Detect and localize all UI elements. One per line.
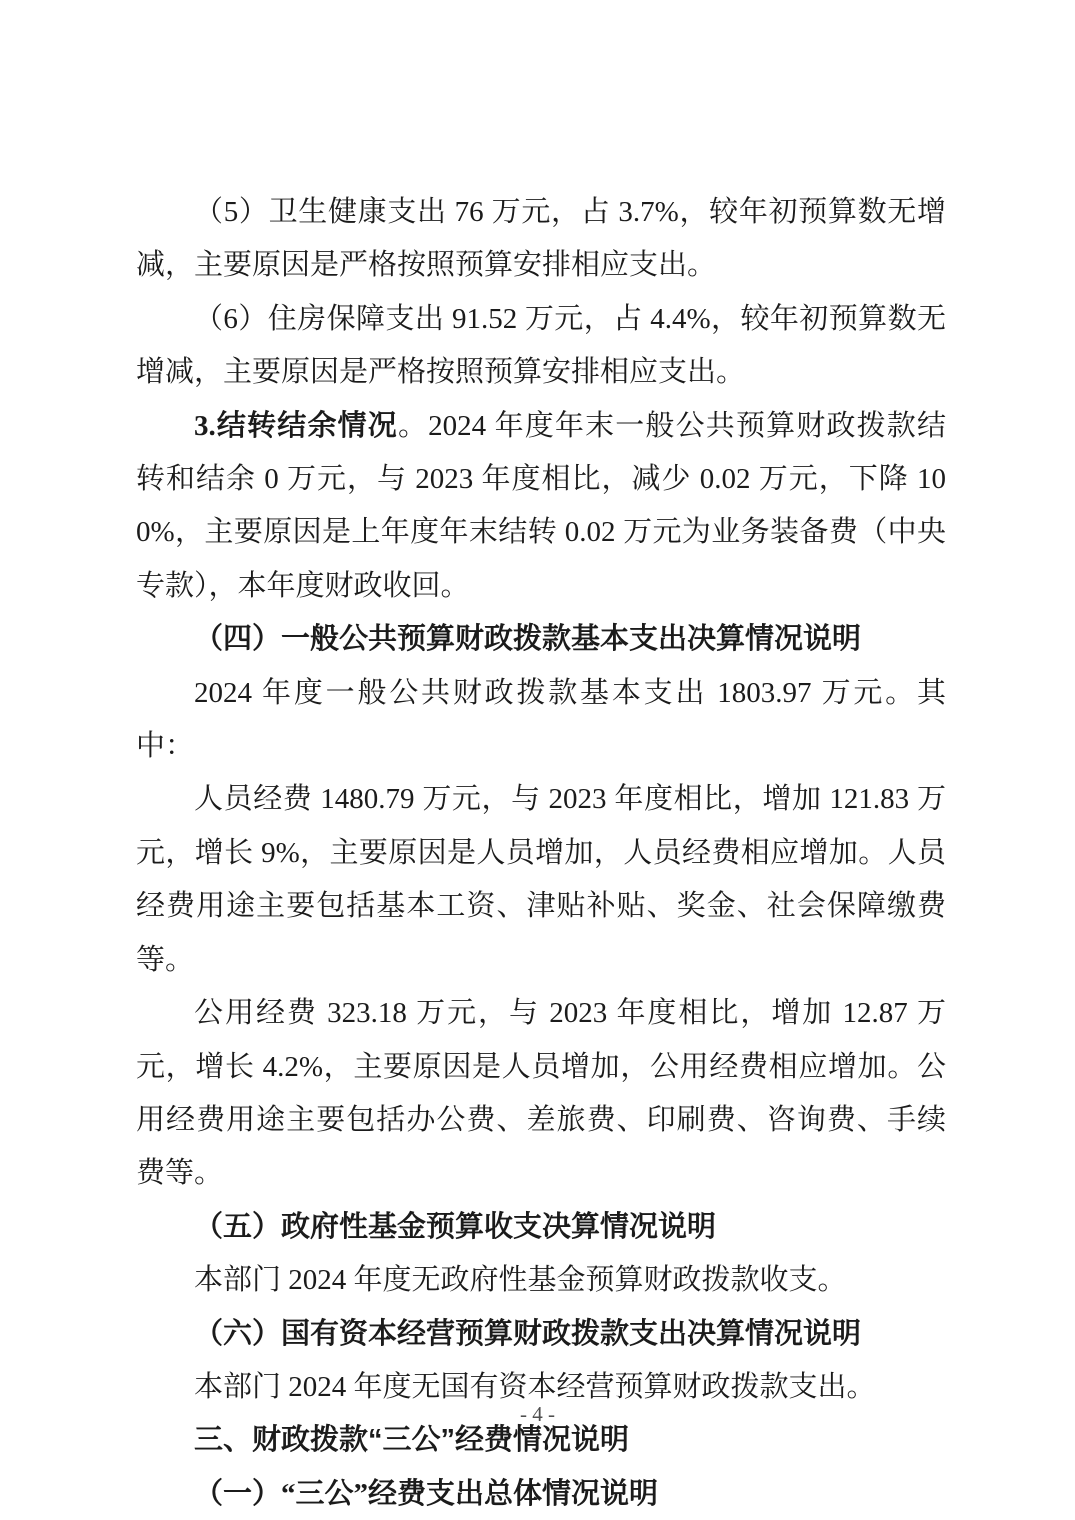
- paragraph-public-funds: 公用经费 323.18 万元，与 2023 年度相比，增加 12.87 万元，增…: [136, 987, 946, 1201]
- paragraph-no-government-funds: 本部门 2024 年度无政府性基金预算财政拨款收支。: [136, 1254, 946, 1307]
- heading-section-6-state-capital: （六）国有资本经营预算财政拨款支出决算情况说明: [136, 1308, 946, 1361]
- document-body: （5）卫生健康支出 76 万元，占 3.7%，较年初预算数无增减，主要原因是严格…: [136, 186, 946, 1520]
- paragraph-carryover-lead: 3.结转结余情况: [194, 410, 398, 442]
- paragraph-housing-expense: （6）住房保障支出 91.52 万元，占 4.4%，较年初预算数无增减，主要原因…: [136, 293, 946, 400]
- heading-section-1-three-public-overview: （一）“三公”经费支出总体情况说明: [136, 1468, 946, 1520]
- paragraph-personnel-funds: 人员经费 1480.79 万元，与 2023 年度相比，增加 121.83 万元…: [136, 773, 946, 987]
- paragraph-carryover-balance: 3.结转结余情况。2024 年度年末一般公共预算财政拨款结转和结余 0 万元，与…: [136, 400, 946, 614]
- document-page: （5）卫生健康支出 76 万元，占 3.7%，较年初预算数无增减，主要原因是严格…: [0, 0, 1075, 1520]
- page-number: - 4 -: [0, 1402, 1075, 1427]
- heading-section-5-government-funds: （五）政府性基金预算收支决算情况说明: [136, 1201, 946, 1254]
- paragraph-basic-expenditure-total: 2024 年度一般公共财政拨款基本支出 1803.97 万元。其中：: [136, 667, 946, 774]
- paragraph-health-expense: （5）卫生健康支出 76 万元，占 3.7%，较年初预算数无增减，主要原因是严格…: [136, 186, 946, 293]
- heading-section-4-basic-expenditure: （四）一般公共预算财政拨款基本支出决算情况说明: [136, 613, 946, 666]
